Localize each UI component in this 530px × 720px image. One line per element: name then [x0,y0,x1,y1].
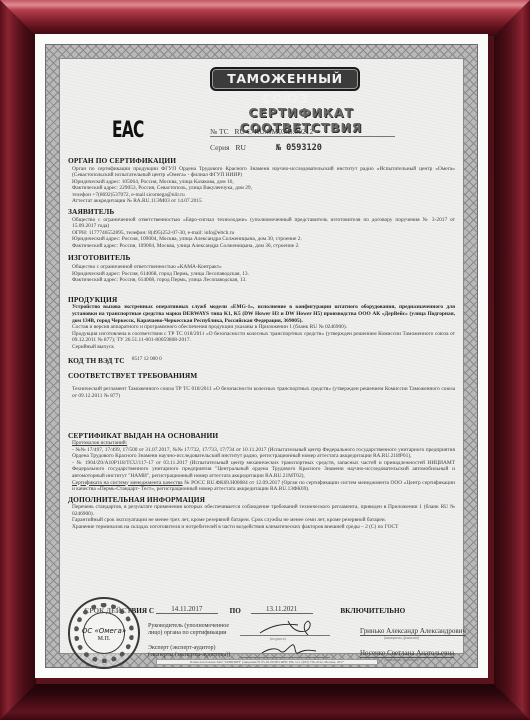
stamp-text: ОС «Омега» [70,627,138,635]
signature-line [240,635,330,636]
section-certification-body: ОРГАН ПО СЕРТИФИКАЦИИ Орган по сертифика… [68,157,455,205]
text-line: Продукция изготовлена в соответствии с Т… [72,331,455,344]
text-line: телефон +7(8692)537072, e-mail sicomega@… [72,192,455,199]
validity-to-label: ПО [230,607,241,615]
hs-code-heading: КОД ТН ВЭД ТС [68,356,125,365]
series-label: Серия [210,143,230,152]
stamp-seal-icon: ОС «Омега» М.П. [68,597,140,669]
customs-union-banner: ТАМОЖЕННЫЙ СОЮЗ [210,67,360,91]
text-line: Аттестат аккредитации № RA.RU.11ЭМ03 от … [72,198,455,205]
text-line: Общество с ограниченной ответственностью… [72,217,455,230]
certificate-content: ОРГАН ПО СЕРТИФИКАЦИИ Орган по сертифика… [68,157,455,534]
tc-number: RU C-RU.ЭМ03.B.00212 [235,127,314,136]
eac-logo-icon: EAC [112,117,136,145]
frame-left-edge [0,0,36,720]
text-line: Перечень стандартов, в результате примен… [72,504,455,517]
validity-period: СРОК ДЕЙСТВИЯ С 14.11.2017 ПО 13.11.2021… [84,605,474,615]
signer-role: Руководитель (уполномоченное лицо) орган… [148,623,236,637]
guilloche-border: ТАМОЖЕННЫЙ СОЮЗ СЕРТИФИКАТ СООТВЕТСТВИЯ … [45,44,478,668]
printer-footer: Бланк изготовлен ЗАО "ОПЦИОН" (лицензия … [156,659,378,665]
hs-code-row: КОД ТН ВЭД ТС 8517 12 000 0 [68,356,455,365]
text-line: Хранение терминалов на складах изготовит… [72,524,455,531]
section-heading: ИЗГОТОВИТЕЛЬ [68,254,455,263]
frame-bottom-edge [0,684,530,720]
hs-code-value: 8517 12 000 0 [132,356,162,362]
text-line: Фактический адрес: Россия, 109004, Москв… [72,243,455,250]
stamp-mp: М.П. [70,636,138,642]
tc-label: № ТС [210,127,229,136]
text-line: Состав и версия аппаратного и программно… [72,324,455,331]
blank-number: 0593120 [286,143,322,153]
signer-name: Гринько Александр Александрович [360,627,466,636]
text-line: Фактический адрес: 229053, Россия, Севас… [72,185,455,192]
validity-inclusive-label: ВКЛЮЧИТЕЛЬНО [340,607,405,615]
text-line: Технический регламент Таможенного союза … [72,386,455,399]
section-basis: СЕРТИФИКАТ ВЫДАН НА ОСНОВАНИИ Протоколов… [68,432,455,493]
signer-name: Носенко Светлана Анатольевна [360,649,454,658]
section-heading: СООТВЕТСТВУЕТ ТРЕБОВАНИЯМ [68,372,455,381]
certificate-paper: ТАМОЖЕННЫЙ СОЮЗ СЕРТИФИКАТ СООТВЕТСТВИЯ … [35,34,488,678]
text-line: Серийный выпуск [72,344,455,351]
frame-right-edge [494,0,530,720]
protocols-subheading: Протоколов испытаний: [72,440,455,447]
section-compliance: СООТВЕТСТВУЕТ ТРЕБОВАНИЯМ Технический ре… [68,372,455,400]
signature-line [240,657,330,658]
text-line: Юридический адрес: Россия, 109004, Москв… [72,236,455,243]
name-caption: (инициалы, фамилия) [384,636,419,640]
series-row: Серия RU № 0593120 [210,143,322,153]
signer-role: Эксперт (эксперт-аудитор) (эксперты (экс… [148,645,236,659]
name-caption: (инициалы, фамилия) [384,658,419,662]
text-line: Фактический адрес: Россия, 614068, город… [72,277,455,284]
number-label: № [276,143,281,153]
validity-date-to: 13.11.2021 [251,605,313,614]
text-line: - №№ 17/497, 17/499, 17/500 от 31.07.201… [72,447,455,460]
text-line: - № 1904/Z0/A10P118/TCU/117-17 от 03.11.… [72,460,455,480]
tc-number-row: № ТС RU C-RU.ЭМ03.B.00212 [210,127,395,137]
text-line: Общество с ограниченной ответственностью… [72,264,455,271]
section-product: ПРОДУКЦИЯ Устройство вызова экстренных о… [68,296,455,351]
certificate-body: ТАМОЖЕННЫЙ СОЮЗ СЕРТИФИКАТ СООТВЕТСТВИЯ … [59,58,464,654]
section-heading: ОРГАН ПО СЕРТИФИКАЦИИ [68,157,455,166]
section-additional-info: ДОПОЛНИТЕЛЬНАЯ ИНФОРМАЦИЯ Перечень станд… [68,496,455,531]
product-description: Устройство вызова экстренных оперативных… [72,304,455,324]
qms-label: Сертификата на систему менеджмента качес… [72,480,183,486]
frame-top-edge [0,0,530,36]
section-heading: ЗАЯВИТЕЛЬ [68,208,455,217]
series-value: RU [236,143,246,152]
section-heading: СЕРТИФИКАТ ВЫДАН НА ОСНОВАНИИ [68,432,455,441]
section-manufacturer: ИЗГОТОВИТЕЛЬ Общество с ограниченной отв… [68,254,455,284]
text-line: Орган по сертификации продукции ФГУП Орд… [72,166,455,179]
section-applicant: ЗАЯВИТЕЛЬ Общество с ограниченной ответс… [68,208,455,249]
validity-date-from: 14.11.2017 [156,605,218,614]
